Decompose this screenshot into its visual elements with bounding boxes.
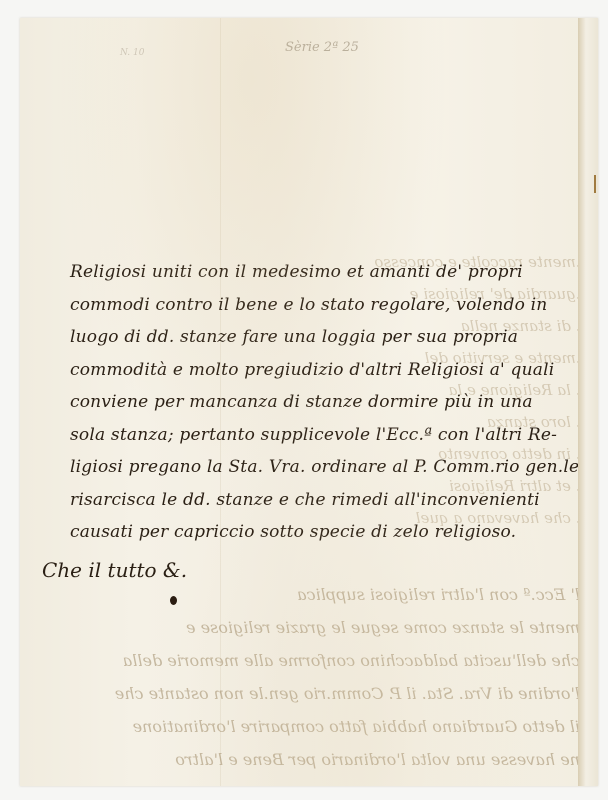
bleed-through-text-lower: l' Ecc.ª con l'altri religiosi supplica … [20, 578, 580, 776]
folio-mark-left: N. 10 [120, 48, 144, 58]
bleed-line: l'ordine di Vra. Sta. il P. Comm.rio gen… [20, 677, 580, 710]
body-line: conviene per mancanza di stanze dormire … [70, 386, 598, 419]
bleed-line: mente le stanze come segue le grazie rel… [20, 611, 580, 644]
body-line: ligiosi pregano la Sta. Vra. ordinare al… [70, 451, 598, 484]
bleed-line: l' Ecc.ª con l'altri religiosi supplica [20, 578, 580, 611]
bleed-line: ne havesse una volta l'ordinario per Ben… [20, 743, 580, 776]
folio-mark: Sèrie 2ª 25 [285, 40, 359, 55]
body-line: commodi contro il bene e lo stato regola… [70, 289, 598, 322]
edge-stain [594, 175, 596, 193]
body-line: causati per capriccio sotto specie di ze… [70, 516, 598, 549]
page-spine [578, 18, 598, 786]
body-line: Religiosi uniti con il medesimo et amant… [70, 256, 598, 289]
bleed-line: il detto Guardiano habbia fatto comparir… [20, 710, 580, 743]
ink-blot [170, 596, 177, 605]
letter-body: Religiosi uniti con il medesimo et amant… [70, 256, 598, 549]
body-line: risarcisca le dd. stanze e che rimedi al… [70, 484, 598, 517]
body-line: sola stanza; pertanto supplicevole l'Ecc… [70, 419, 598, 452]
body-line: luogo di dd. stanze fare una loggia per … [70, 321, 598, 354]
bleed-line: che dell'uscita baldacchino conforme all… [20, 644, 580, 677]
body-line: commodità e molto pregiudizio d'altri Re… [70, 354, 598, 387]
manuscript-page: N. 10 Sèrie 2ª 25 ...mente raccolte e co… [20, 18, 598, 786]
closing-formula: Che il tutto &. [42, 558, 187, 582]
